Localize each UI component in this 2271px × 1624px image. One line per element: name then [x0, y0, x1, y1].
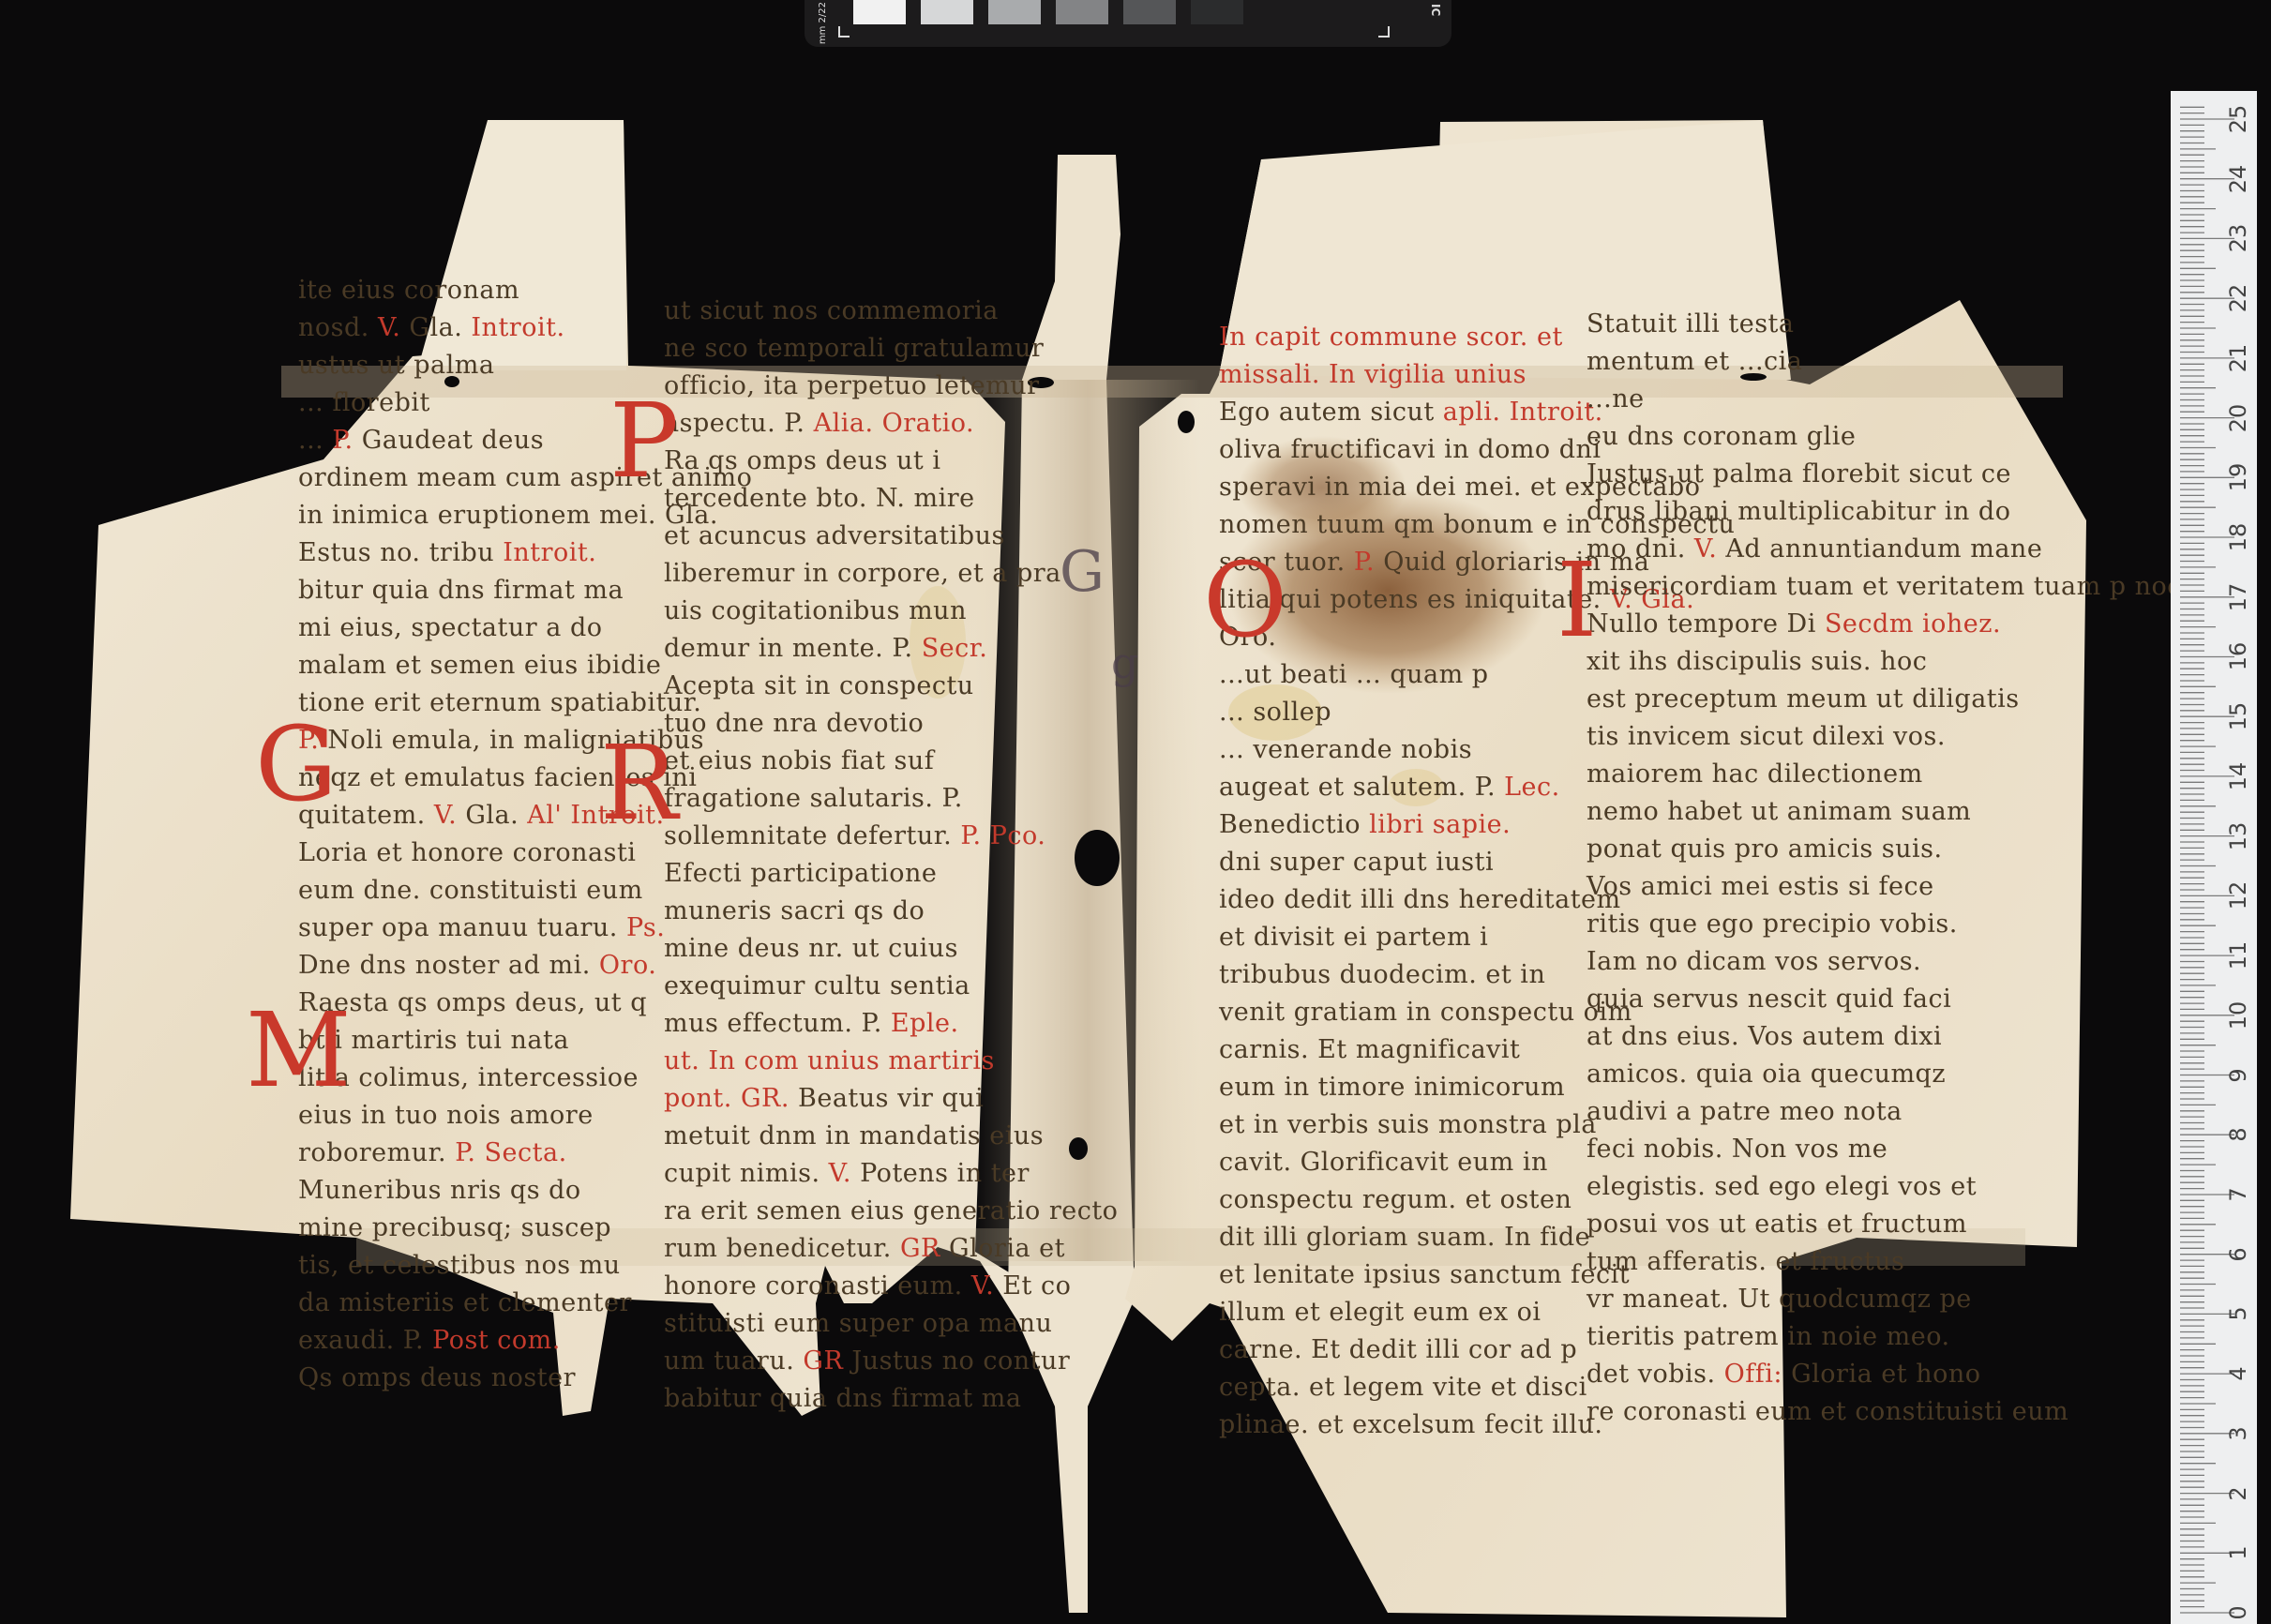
rubric-text: V. [971, 1271, 994, 1301]
ink-text: audivi a patre meo nota [1587, 1097, 1903, 1126]
ink-text: tieritis patrem in noie meo. [1587, 1322, 1950, 1351]
measurement-ruler: 0123456789101112131415161718192021222324… [2171, 91, 2257, 1624]
ink-text: Potens in ter [851, 1159, 1030, 1188]
ink-text: oliva fructificavi in domo dni [1219, 435, 1602, 464]
rubric-text: Post com. [432, 1326, 561, 1355]
ruler-label: 21 [2225, 339, 2251, 377]
manuscript-line: mo dni. V. Ad annuntiandum mane [1587, 531, 2241, 568]
ink-text: mi eius, spectatur a do [298, 613, 602, 642]
ink-text: mentum et ...cia [1587, 347, 1802, 376]
manuscript-line: aspectu. P. Alia. Oratio. [664, 405, 1118, 443]
ink-text: et in verbis suis monstra pla [1219, 1110, 1597, 1139]
ink-text: ... sollep [1219, 698, 1331, 727]
manuscript-line: drus libani multiplicabitur in do [1587, 493, 2241, 531]
manuscript-line: pont. GR. Beatus vir qui [664, 1080, 1118, 1118]
ink-text: conspectu regum. et osten [1219, 1185, 1572, 1214]
ink-text: nemo habet ut animam suam [1587, 797, 1971, 826]
manuscript-line: at dns eius. Vos autem dixi [1587, 1018, 2241, 1056]
manuscript-line: ponat quis pro amicis suis. [1587, 831, 2241, 868]
ink-text: Ad annuntiandum mane [1717, 534, 2042, 564]
ink-text: uis cogitationibus mun [664, 596, 967, 625]
manuscript-line: tieritis patrem in noie meo. [1587, 1318, 2241, 1356]
manuscript-line: ut sicut nos commemoria [664, 293, 1118, 330]
ink-text: tercedente bto. N. mire [664, 484, 975, 513]
manuscript-line: ut. In com unius martiris [664, 1043, 1118, 1080]
rubric-text: pont. GR. [664, 1084, 790, 1113]
manuscript-line: det vobis. Offi: Gloria et hono [1587, 1356, 2241, 1393]
ink-text: Gloria et hono [1782, 1360, 1980, 1389]
ink-text: Gla. [457, 801, 527, 830]
ink-text: Iam no dicam vos servos. [1587, 947, 1921, 976]
ink-text: exaudi. P. [298, 1326, 432, 1355]
manuscript-line: exequimur cultu sentia [664, 968, 1118, 1005]
ink-text: et lenitate ipsius sanctum fecit [1219, 1260, 1630, 1289]
ink-text: stituisti eum super opa manu [664, 1309, 1052, 1338]
ink-text: honore coronasti eum. [664, 1271, 971, 1301]
ink-text: da misteriis et clementer [298, 1288, 632, 1317]
ruler-label: 16 [2225, 638, 2251, 675]
ink-text: amicos. quia oia quecumqz [1587, 1060, 1946, 1089]
ink-text: re coronasti eum et constituisti eum [1587, 1397, 2068, 1426]
manuscript-line: ...ne [1587, 381, 2241, 418]
ruler-label: 9 [2225, 1057, 2251, 1094]
manuscript-line: quia servus nescit quid faci [1587, 981, 2241, 1018]
ink-text: demur in mente. P. [664, 634, 922, 663]
ink-text: metuit dnm in mandatis eius [664, 1121, 1044, 1150]
ink-text: Gaudeat deus [353, 426, 544, 455]
ruler-label: 18 [2225, 519, 2251, 556]
ink-text: carne. Et dedit illi cor ad p [1219, 1335, 1577, 1364]
rubric-text: P. Secta. [455, 1138, 567, 1167]
manuscript-line: et eius nobis fiat suf [664, 743, 1118, 780]
ink-text: tis, et celestibus nos mu [298, 1251, 621, 1280]
manuscript-line: feci nobis. Non vos me [1587, 1131, 2241, 1168]
manuscript-line: vr maneat. Ut quodcumqz pe [1587, 1281, 2241, 1318]
manuscript-line: posui vos ut eatis et fructum [1587, 1206, 2241, 1243]
ink-text: mus effectum. P. [664, 1009, 891, 1038]
initial-M: M [246, 999, 352, 1102]
ink-text: et eius nobis fiat suf [664, 746, 934, 775]
rubric-text: GR [803, 1346, 843, 1376]
ink-text: tuo dne nra devotio [664, 709, 924, 738]
rubric-text: Eple. [891, 1009, 959, 1038]
ruler-label: 25 [2225, 100, 2251, 138]
ink-text: ...ut beati ... quam p [1219, 660, 1489, 689]
ink-text: muneris sacri qs do [664, 896, 925, 925]
manuscript-line: mentum et ...cia [1587, 343, 2241, 381]
manuscript-line: misericordiam tuam et veritatem tuam p n… [1587, 568, 2241, 606]
ruler-label: 4 [2225, 1355, 2251, 1392]
initial-R: R [600, 731, 678, 835]
ink-text: fragatione salutaris. P. [664, 784, 963, 813]
ink-text: ... venerande nobis [1219, 735, 1472, 764]
ruler-label: 6 [2225, 1236, 2251, 1273]
manuscript-line: tercedente bto. N. mire [664, 480, 1118, 518]
ink-text: est preceptum meum ut diligatis [1587, 684, 2020, 714]
ruler-label: 13 [2225, 818, 2251, 855]
ink-text: tis invicem sicut dilexi vos. [1587, 722, 1946, 751]
text-column-2: ut sicut nos commemoriane sco temporali … [664, 293, 1118, 1418]
manuscript-line: xit ihs discipulis suis. hoc [1587, 643, 2241, 681]
ink-text: liberemur in corpore, et a pra [664, 559, 1061, 588]
manuscript-line: um tuaru. GR Justus no contur [664, 1343, 1118, 1380]
ruler-label: 20 [2225, 399, 2251, 437]
ink-text: maiorem hac dilectionem [1587, 759, 1923, 789]
manuscript-line: Statuit illi testa [1587, 306, 2241, 343]
ink-text: rum benedicetur. [664, 1234, 900, 1263]
ruler-label: 12 [2225, 877, 2251, 914]
manuscript-line: Nullo tempore Di Secdm iohez. [1587, 606, 2241, 643]
rubric-text: Introit. [503, 538, 596, 567]
ink-text: augeat et salutem. P. [1219, 773, 1504, 802]
rubric-text: ut. In com unius martiris [664, 1046, 995, 1075]
manuscript-line: nemo habet ut animam suam [1587, 793, 2241, 831]
ink-text: ponat quis pro amicis suis. [1587, 835, 1943, 864]
ink-text: Nullo tempore Di [1587, 609, 1825, 639]
manuscript-line: Acepta sit in conspectu [664, 668, 1118, 705]
manuscript-line: Justus ut palma florebit sicut ce [1587, 456, 2241, 493]
ink-text: ite eius coronam [298, 276, 519, 305]
manuscript-line: tis invicem sicut dilexi vos. [1587, 718, 2241, 756]
ink-text: cepta. et legem vite et disci [1219, 1373, 1587, 1402]
manuscript-line: tum afferatis. et fructus [1587, 1243, 2241, 1281]
ink-text: roboremur. [298, 1138, 455, 1167]
rubric-text: P. Pco. [960, 821, 1045, 850]
manuscript-line: sollemnitate defertur. P. Pco. [664, 818, 1118, 855]
ink-text: ustus ut palma [298, 351, 494, 380]
ink-text: tribubus duodecim. et in [1219, 960, 1545, 989]
ink-text: ... florebit [298, 388, 430, 417]
ink-text: Ego autem sicut [1219, 398, 1443, 427]
rubric-text: P. [332, 426, 353, 455]
ink-text: elegistis. sed ego elegi vos et [1587, 1172, 1977, 1201]
ink-text: det vobis. [1587, 1360, 1724, 1389]
rubric-text: Offi: [1724, 1360, 1782, 1389]
ink-text: Qs omps deus noster [298, 1363, 576, 1392]
manuscript-line: uis cogitationibus mun [664, 593, 1118, 630]
ink-text: exequimur cultu sentia [664, 971, 970, 1000]
ink-text: Statuit illi testa [1587, 309, 1795, 338]
manuscript-line: Vos amici mei estis si fece [1587, 868, 2241, 906]
ink-text: babitur quia dns firmat ma [664, 1384, 1022, 1413]
rubric-text: Secr. [922, 634, 988, 663]
ink-text: posui vos ut eatis et fructum [1587, 1210, 1967, 1239]
ink-text: drus libani multiplicabitur in do [1587, 497, 2010, 526]
ink-text: ut sicut nos commemoria [664, 296, 999, 325]
ink-text: aspectu. P. [664, 409, 814, 438]
manuscript-line: babitur quia dns firmat ma [664, 1380, 1118, 1418]
ink-text: nosd. [298, 313, 378, 342]
rubric-text: apli. Introit. [1443, 398, 1603, 427]
ink-text: carnis. Et magnificavit [1219, 1035, 1520, 1064]
ruler-label: 15 [2225, 698, 2251, 735]
manuscript-line: ritis que ego precipio vobis. [1587, 906, 2241, 943]
manuscript-line: rum benedicetur. GR Gloria et [664, 1230, 1118, 1268]
rubric-text: In capit commune scor. et [1219, 323, 1563, 352]
ink-text: cupit nimis. [664, 1159, 829, 1188]
initial-O: O [1203, 549, 1287, 652]
ink-text: venit gratiam in conspectu oim [1219, 998, 1632, 1027]
ink-text: ideo dedit illi dns hereditatem [1219, 885, 1621, 914]
rubric-text: Introit. [471, 313, 564, 342]
ink-text: dit illi gloriam suam. In fide [1219, 1223, 1590, 1252]
rubric-text: P. [1354, 548, 1375, 577]
rubric-text: Alia. Oratio. [814, 409, 975, 438]
manuscript-line: ne sco temporali gratulamur [664, 330, 1118, 368]
initial-G: G [255, 713, 338, 816]
manuscript-line: Ra qs omps deus ut i [664, 443, 1118, 480]
rubric-text: Oro. [599, 951, 656, 980]
manuscript-line: mus effectum. P. Eple. [664, 1005, 1118, 1043]
rubric-text: GR [900, 1234, 940, 1263]
ink-text: mo dni. [1587, 534, 1694, 564]
ink-text: Vos amici mei estis si fece [1587, 872, 1934, 901]
ruler-label: 3 [2225, 1415, 2251, 1452]
ink-text: Loria et honore coronasti [298, 838, 636, 867]
ink-text: et acuncus adversitatibus [664, 521, 1005, 550]
ink-text: ra erit semen eius generatio recto [664, 1196, 1118, 1226]
ink-text: ... [298, 426, 332, 455]
manuscript-line: officio, ita perpetuo letemur [664, 368, 1118, 405]
ink-text: et divisit ei partem i [1219, 923, 1488, 952]
ink-text: Efecti participatione [664, 859, 937, 888]
ink-text: eum dne. constituisti eum [298, 876, 643, 905]
ruler-label: 11 [2225, 937, 2251, 974]
ink-text: mine precibusq; suscep [298, 1213, 611, 1242]
manuscript-line: demur in mente. P. Secr. [664, 630, 1118, 668]
ink-text: super opa manuu tuaru. [298, 913, 626, 942]
ruler-label: 10 [2225, 997, 2251, 1034]
ink-text: illum et elegit eum ex oi [1219, 1298, 1542, 1327]
manuscript-line: honore coronasti eum. V. Et co [664, 1268, 1118, 1305]
manuscript-line: mine deus nr. ut cuius [664, 930, 1118, 968]
ink-text: Et co [994, 1271, 1071, 1301]
ink-text: tum afferatis. et fructus [1587, 1247, 1904, 1276]
ink-text: cavit. Glorificavit eum in [1219, 1148, 1548, 1177]
ink-text: Acepta sit in conspectu [664, 671, 974, 700]
rubric-text: Ps. [626, 913, 665, 942]
manuscript-line: Iam no dicam vos servos. [1587, 943, 2241, 981]
initial-P: P [609, 389, 679, 492]
ink-text: Beatus vir qui [790, 1084, 984, 1113]
manuscript-line: audivi a patre meo nota [1587, 1093, 2241, 1131]
ink-text: malam et semen eius ibidie [298, 651, 661, 680]
rubric-text: missali. In vigilia unius [1219, 360, 1527, 389]
ink-text: vr maneat. Ut quodcumqz pe [1587, 1285, 1972, 1314]
rubric-text: V. [829, 1159, 851, 1188]
ruler-label: 2 [2225, 1475, 2251, 1512]
ink-text: xit ihs discipulis suis. hoc [1587, 647, 1927, 676]
rubric-text: V. [378, 313, 400, 342]
manuscript-line: maiorem hac dilectionem [1587, 756, 2241, 793]
manuscript-line: amicos. quia oia quecumqz [1587, 1056, 2241, 1093]
rubric-text: Secdm iohez. [1825, 609, 2001, 639]
ink-text: Justus ut palma florebit sicut ce [1587, 459, 2011, 489]
ruler-label: 23 [2225, 219, 2251, 257]
rubric-text: V. [1694, 534, 1717, 564]
ruler-label: 5 [2225, 1295, 2251, 1332]
ink-text: plinae. et excelsum fecit illu. [1219, 1410, 1603, 1439]
ruler-label: 0 [2225, 1594, 2251, 1624]
manuscript-line: muneris sacri qs do [664, 893, 1118, 930]
ink-text: mine deus nr. ut cuius [664, 934, 958, 963]
rubric-text: libri sapie. [1369, 810, 1511, 839]
ruler-label: 19 [2225, 459, 2251, 496]
initial-I: I [1557, 549, 1597, 652]
ink-text: ...ne [1587, 384, 1645, 414]
manuscript-line: fragatione salutaris. P. [664, 780, 1118, 818]
manuscript-line: liberemur in corpore, et a pra [664, 555, 1118, 593]
ruler-label: 22 [2225, 279, 2251, 317]
ink-text: dni super caput iusti [1219, 848, 1494, 877]
manuscript-line: cupit nimis. V. Potens in ter [664, 1155, 1118, 1193]
ink-text: at dns eius. Vos autem dixi [1587, 1022, 1942, 1051]
ink-text: ritis que ego precipio vobis. [1587, 910, 1958, 939]
manuscript-line: metuit dnm in mandatis eius [664, 1118, 1118, 1155]
text-column-4: Statuit illi testamentum et ...cia...nee… [1587, 306, 2241, 1431]
manuscript-line: re coronasti eum et constituisti eum [1587, 1393, 2241, 1431]
ink-text: quia servus nescit quid faci [1587, 985, 1951, 1014]
ink-text: Justus no contur [843, 1346, 1070, 1376]
ink-text: eum in timore inimicorum [1219, 1073, 1565, 1102]
ruler-label: 1 [2225, 1534, 2251, 1571]
ink-text: feci nobis. Non vos me [1587, 1135, 1887, 1164]
rubric-text: V. [434, 801, 457, 830]
manuscript-line: Efecti participatione [664, 855, 1118, 893]
manuscript-line: eu dns coronam glie [1587, 418, 2241, 456]
ink-text: um tuaru. [664, 1346, 803, 1376]
rubric-text: Lec. [1504, 773, 1560, 802]
ink-text: Muneribus nris qs do [298, 1176, 581, 1205]
ink-text: bitur quia dns firmat ma [298, 576, 624, 605]
ink-text: in inimica eruptionem mei. Gla. [298, 501, 718, 530]
ruler-label: 14 [2225, 758, 2251, 795]
ink-text: Gloria et [940, 1234, 1065, 1263]
manuscript-line: stituisti eum super opa manu [664, 1305, 1118, 1343]
ink-text: sollemnitate defertur. [664, 821, 960, 850]
ruler-label: 17 [2225, 579, 2251, 616]
manuscript-line: et acuncus adversitatibus [664, 518, 1118, 555]
ink-text: Benedictio [1219, 810, 1369, 839]
ruler-label: 7 [2225, 1176, 2251, 1213]
ruler-label: 24 [2225, 160, 2251, 198]
ruler-ticks [2171, 91, 2257, 1624]
ink-text: misericordiam tuam et veritatem tuam p n… [1587, 572, 2241, 601]
ink-text: officio, ita perpetuo letemur [664, 371, 1040, 400]
ink-text: Dne dns noster ad mi. [298, 951, 599, 980]
manuscript-line: tuo dne nra devotio [664, 705, 1118, 743]
ink-text: Ra qs omps deus ut i [664, 446, 940, 475]
ruler-label: 8 [2225, 1116, 2251, 1153]
ink-text: Estus no. tribu [298, 538, 503, 567]
ink-text: Gla. [400, 313, 471, 342]
ink-text: ne sco temporali gratulamur [664, 334, 1044, 363]
manuscript-line: est preceptum meum ut diligatis [1587, 681, 2241, 718]
manuscript-line: elegistis. sed ego elegi vos et [1587, 1168, 2241, 1206]
ink-text: tione erit eternum spatiabitur. [298, 688, 701, 717]
manuscript-line: ra erit semen eius generatio recto [664, 1193, 1118, 1230]
ink-text: eu dns coronam glie [1587, 422, 1856, 451]
